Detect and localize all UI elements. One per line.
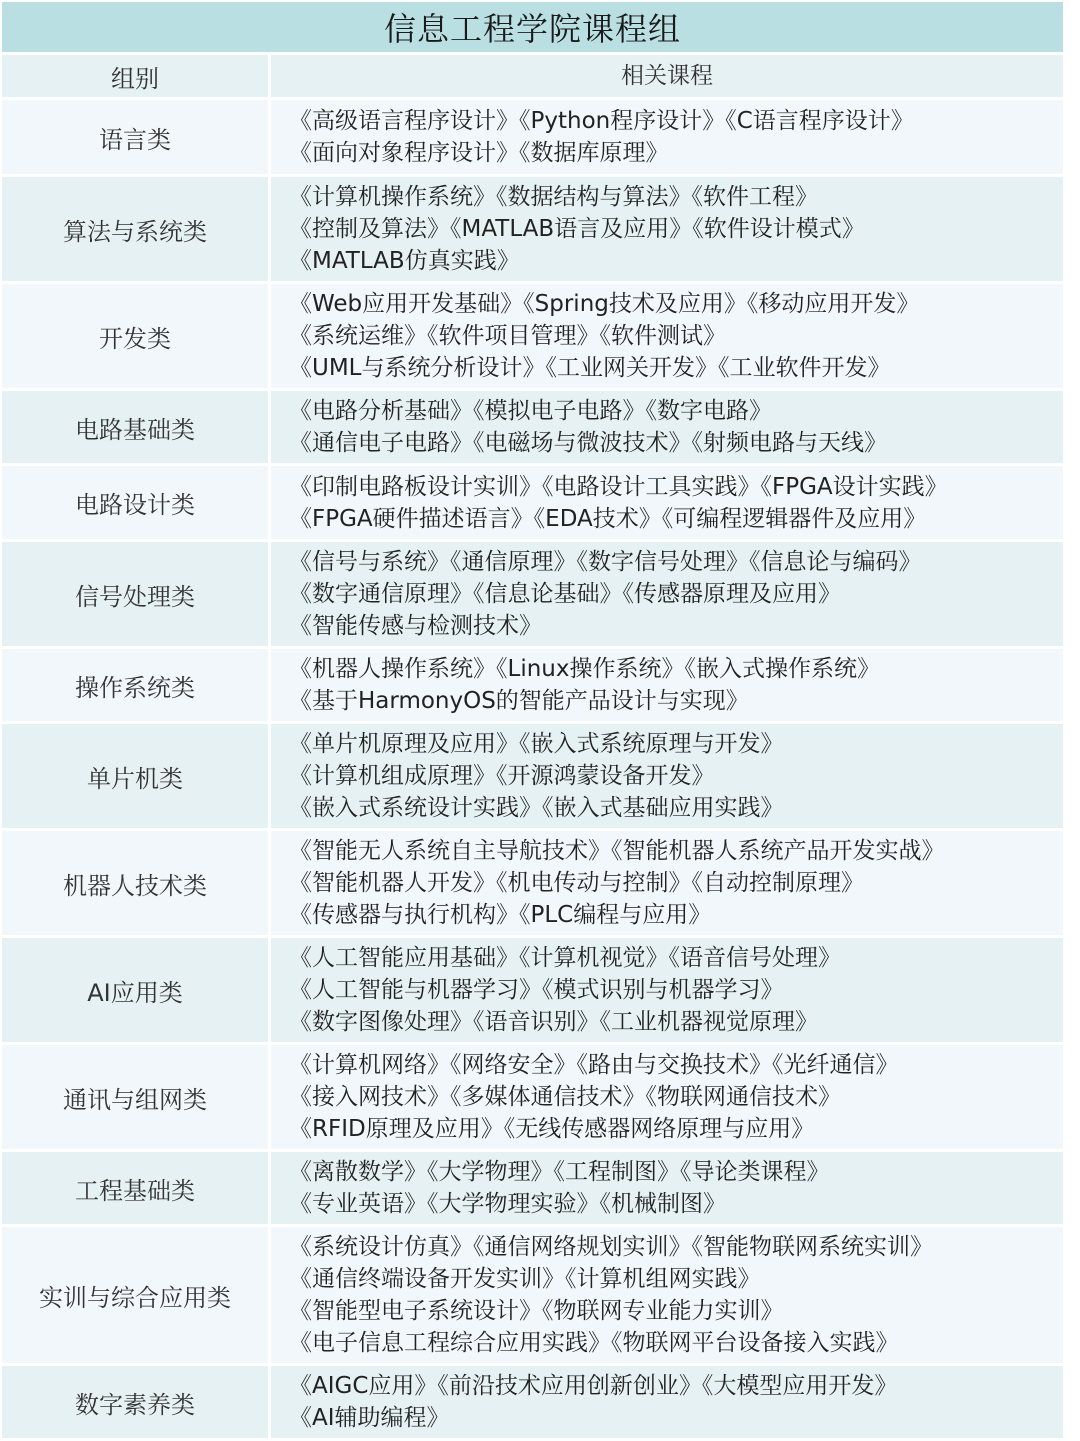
table-row: 通讯与组网类《计算机网络》《网络安全》《路由与交换技术》《光纤通信》《接入网技术… [2,1045,1063,1149]
course-list: 《电路分析基础》《模拟电子电路》《数字电路》《通信电子电路》《电磁场与微波技术》… [271,391,1063,463]
group-name: 单片机类 [2,724,268,828]
group-name: 实训与综合应用类 [2,1227,268,1363]
table-row: 实训与综合应用类《系统设计仿真》《通信网络规划实训》《智能物联网系统实训》《通信… [2,1227,1063,1363]
course-list: 《AIGC应用》《前沿技术应用创新创业》《大模型应用开发》《AI辅助编程》 [271,1366,1063,1432]
course-list: 《单片机原理及应用》《嵌入式系统原理与开发》《计算机组成原理》《开源鸿蒙设备开发… [271,724,1063,828]
course-list: 《计算机网络》《网络安全》《路由与交换技术》《光纤通信》《接入网技术》《多媒体通… [271,1045,1063,1149]
course-line: 《面向对象程序设计》《数据库原理》 [289,137,1063,169]
table-row: 工程基础类《离散数学》《大学物理》《工程制图》《导论类课程》《专业英语》《大学物… [2,1152,1063,1224]
group-name: 语言类 [2,100,268,174]
course-line: 《人工智能应用基础》《计算机视觉》《语音信号处理》 [289,942,1063,974]
group-name: 算法与系统类 [2,177,268,281]
course-line: 《系统运维》《软件项目管理》《软件测试》 [289,320,1063,352]
course-line: 《传感器与执行机构》《PLC编程与应用》 [289,899,1063,931]
course-line: 《智能机器人开发》《机电传动与控制》《自动控制原理》 [289,867,1063,899]
table-title: 信息工程学院课程组 [2,2,1063,52]
course-list: 《高级语言程序设计》《Python程序设计》《C语言程序设计》《面向对象程序设计… [271,100,1063,174]
table-row: 信号处理类《信号与系统》《通信原理》《数字信号处理》《信息论与编码》《数字通信原… [2,542,1063,646]
header-courses: 相关课程 [271,55,1063,97]
group-name: 电路基础类 [2,391,268,463]
course-line: 《智能传感与检测技术》 [289,610,1063,642]
course-line: 《AIGC应用》《前沿技术应用创新创业》《大模型应用开发》 [289,1370,1063,1402]
course-line: 《系统设计仿真》《通信网络规划实训》《智能物联网系统实训》 [289,1231,1063,1263]
group-name: 操作系统类 [2,649,268,721]
table-header-row: 组别 相关课程 [2,55,1063,97]
course-list: 《印制电路板设计实训》《电路设计工具实践》《FPGA设计实践》《FPGA硬件描述… [271,466,1063,539]
course-line: 《FPGA硬件描述语言》《EDA技术》《可编程逻辑器件及应用》 [289,503,1063,535]
table-row: 开发类《Web应用开发基础》《Spring技术及应用》《移动应用开发》《系统运维… [2,284,1063,388]
group-name: 机器人技术类 [2,831,268,935]
course-line: 《MATLAB仿真实践》 [289,245,1063,277]
course-line: 《计算机网络》《网络安全》《路由与交换技术》《光纤通信》 [289,1049,1063,1081]
course-line: 《高级语言程序设计》《Python程序设计》《C语言程序设计》 [289,105,1063,137]
course-line: 《数字通信原理》《信息论基础》《传感器原理及应用》 [289,578,1063,610]
course-line: 《机器人操作系统》《Linux操作系统》《嵌入式操作系统》 [289,653,1063,685]
course-list: 《计算机操作系统》《数据结构与算法》《软件工程》《控制及算法》《MATLAB语言… [271,177,1063,281]
course-line: 《单片机原理及应用》《嵌入式系统原理与开发》 [289,728,1063,760]
course-line: 《印制电路板设计实训》《电路设计工具实践》《FPGA设计实践》 [289,471,1063,503]
course-line: 《电子信息工程综合应用实践》《物联网平台设备接入实践》 [289,1327,1063,1359]
header-group: 组别 [2,55,268,97]
course-list: 《信号与系统》《通信原理》《数字信号处理》《信息论与编码》《数字通信原理》《信息… [271,542,1063,646]
course-line: 《计算机操作系统》《数据结构与算法》《软件工程》 [289,181,1063,213]
table-row: 数字素养类《AIGC应用》《前沿技术应用创新创业》《大模型应用开发》《AI辅助编… [2,1366,1063,1432]
course-line: 《智能型电子系统设计》《物联网专业能力实训》 [289,1295,1063,1327]
course-line: 《AI辅助编程》 [289,1402,1063,1432]
table-row: 电路基础类《电路分析基础》《模拟电子电路》《数字电路》《通信电子电路》《电磁场与… [2,391,1063,463]
course-line: 《专业英语》《大学物理实验》《机械制图》 [289,1188,1063,1220]
group-name: 数字素养类 [2,1366,268,1432]
course-group-table: 信息工程学院课程组 组别 相关课程 语言类《高级语言程序设计》《Python程序… [2,2,1063,1432]
group-name: 开发类 [2,284,268,388]
group-name: 信号处理类 [2,542,268,646]
course-list: 《系统设计仿真》《通信网络规划实训》《智能物联网系统实训》《通信终端设备开发实训… [271,1227,1063,1363]
course-list: 《Web应用开发基础》《Spring技术及应用》《移动应用开发》《系统运维》《软… [271,284,1063,388]
course-line: 《信号与系统》《通信原理》《数字信号处理》《信息论与编码》 [289,546,1063,578]
course-line: 《数字图像处理》《语音识别》《工业机器视觉原理》 [289,1006,1063,1038]
course-line: 《电路分析基础》《模拟电子电路》《数字电路》 [289,395,1063,427]
course-line: 《离散数学》《大学物理》《工程制图》《导论类课程》 [289,1156,1063,1188]
table-row: 算法与系统类《计算机操作系统》《数据结构与算法》《软件工程》《控制及算法》《MA… [2,177,1063,281]
course-line: 《接入网技术》《多媒体通信技术》《物联网通信技术》 [289,1081,1063,1113]
table-row: 电路设计类《印制电路板设计实训》《电路设计工具实践》《FPGA设计实践》《FPG… [2,466,1063,539]
table-row: AI应用类《人工智能应用基础》《计算机视觉》《语音信号处理》《人工智能与机器学习… [2,938,1063,1042]
table-row: 机器人技术类《智能无人系统自主导航技术》《智能机器人系统产品开发实战》《智能机器… [2,831,1063,935]
group-name: 工程基础类 [2,1152,268,1224]
course-line: 《计算机组成原理》《开源鸿蒙设备开发》 [289,760,1063,792]
table-row: 语言类《高级语言程序设计》《Python程序设计》《C语言程序设计》《面向对象程… [2,100,1063,174]
course-list: 《机器人操作系统》《Linux操作系统》《嵌入式操作系统》《基于HarmonyO… [271,649,1063,721]
course-list: 《离散数学》《大学物理》《工程制图》《导论类课程》《专业英语》《大学物理实验》《… [271,1152,1063,1224]
course-line: 《控制及算法》《MATLAB语言及应用》《软件设计模式》 [289,213,1063,245]
course-list: 《智能无人系统自主导航技术》《智能机器人系统产品开发实战》《智能机器人开发》《机… [271,831,1063,935]
course-list: 《人工智能应用基础》《计算机视觉》《语音信号处理》《人工智能与机器学习》《模式识… [271,938,1063,1042]
group-name: AI应用类 [2,938,268,1042]
table-row: 操作系统类《机器人操作系统》《Linux操作系统》《嵌入式操作系统》《基于Har… [2,649,1063,721]
group-name: 电路设计类 [2,466,268,539]
course-line: 《基于HarmonyOS的智能产品设计与实现》 [289,685,1063,717]
course-line: 《Web应用开发基础》《Spring技术及应用》《移动应用开发》 [289,288,1063,320]
course-line: 《UML与系统分析设计》《工业网关开发》《工业软件开发》 [289,352,1063,384]
course-line: 《嵌入式系统设计实践》《嵌入式基础应用实践》 [289,792,1063,824]
course-line: 《通信电子电路》《电磁场与微波技术》《射频电路与天线》 [289,427,1063,459]
course-line: 《RFID原理及应用》《无线传感器网络原理与应用》 [289,1113,1063,1145]
course-line: 《智能无人系统自主导航技术》《智能机器人系统产品开发实战》 [289,835,1063,867]
course-line: 《人工智能与机器学习》《模式识别与机器学习》 [289,974,1063,1006]
table-body: 语言类《高级语言程序设计》《Python程序设计》《C语言程序设计》《面向对象程… [2,100,1063,1432]
group-name: 通讯与组网类 [2,1045,268,1149]
table-row: 单片机类《单片机原理及应用》《嵌入式系统原理与开发》《计算机组成原理》《开源鸿蒙… [2,724,1063,828]
course-line: 《通信终端设备开发实训》《计算机组网实践》 [289,1263,1063,1295]
